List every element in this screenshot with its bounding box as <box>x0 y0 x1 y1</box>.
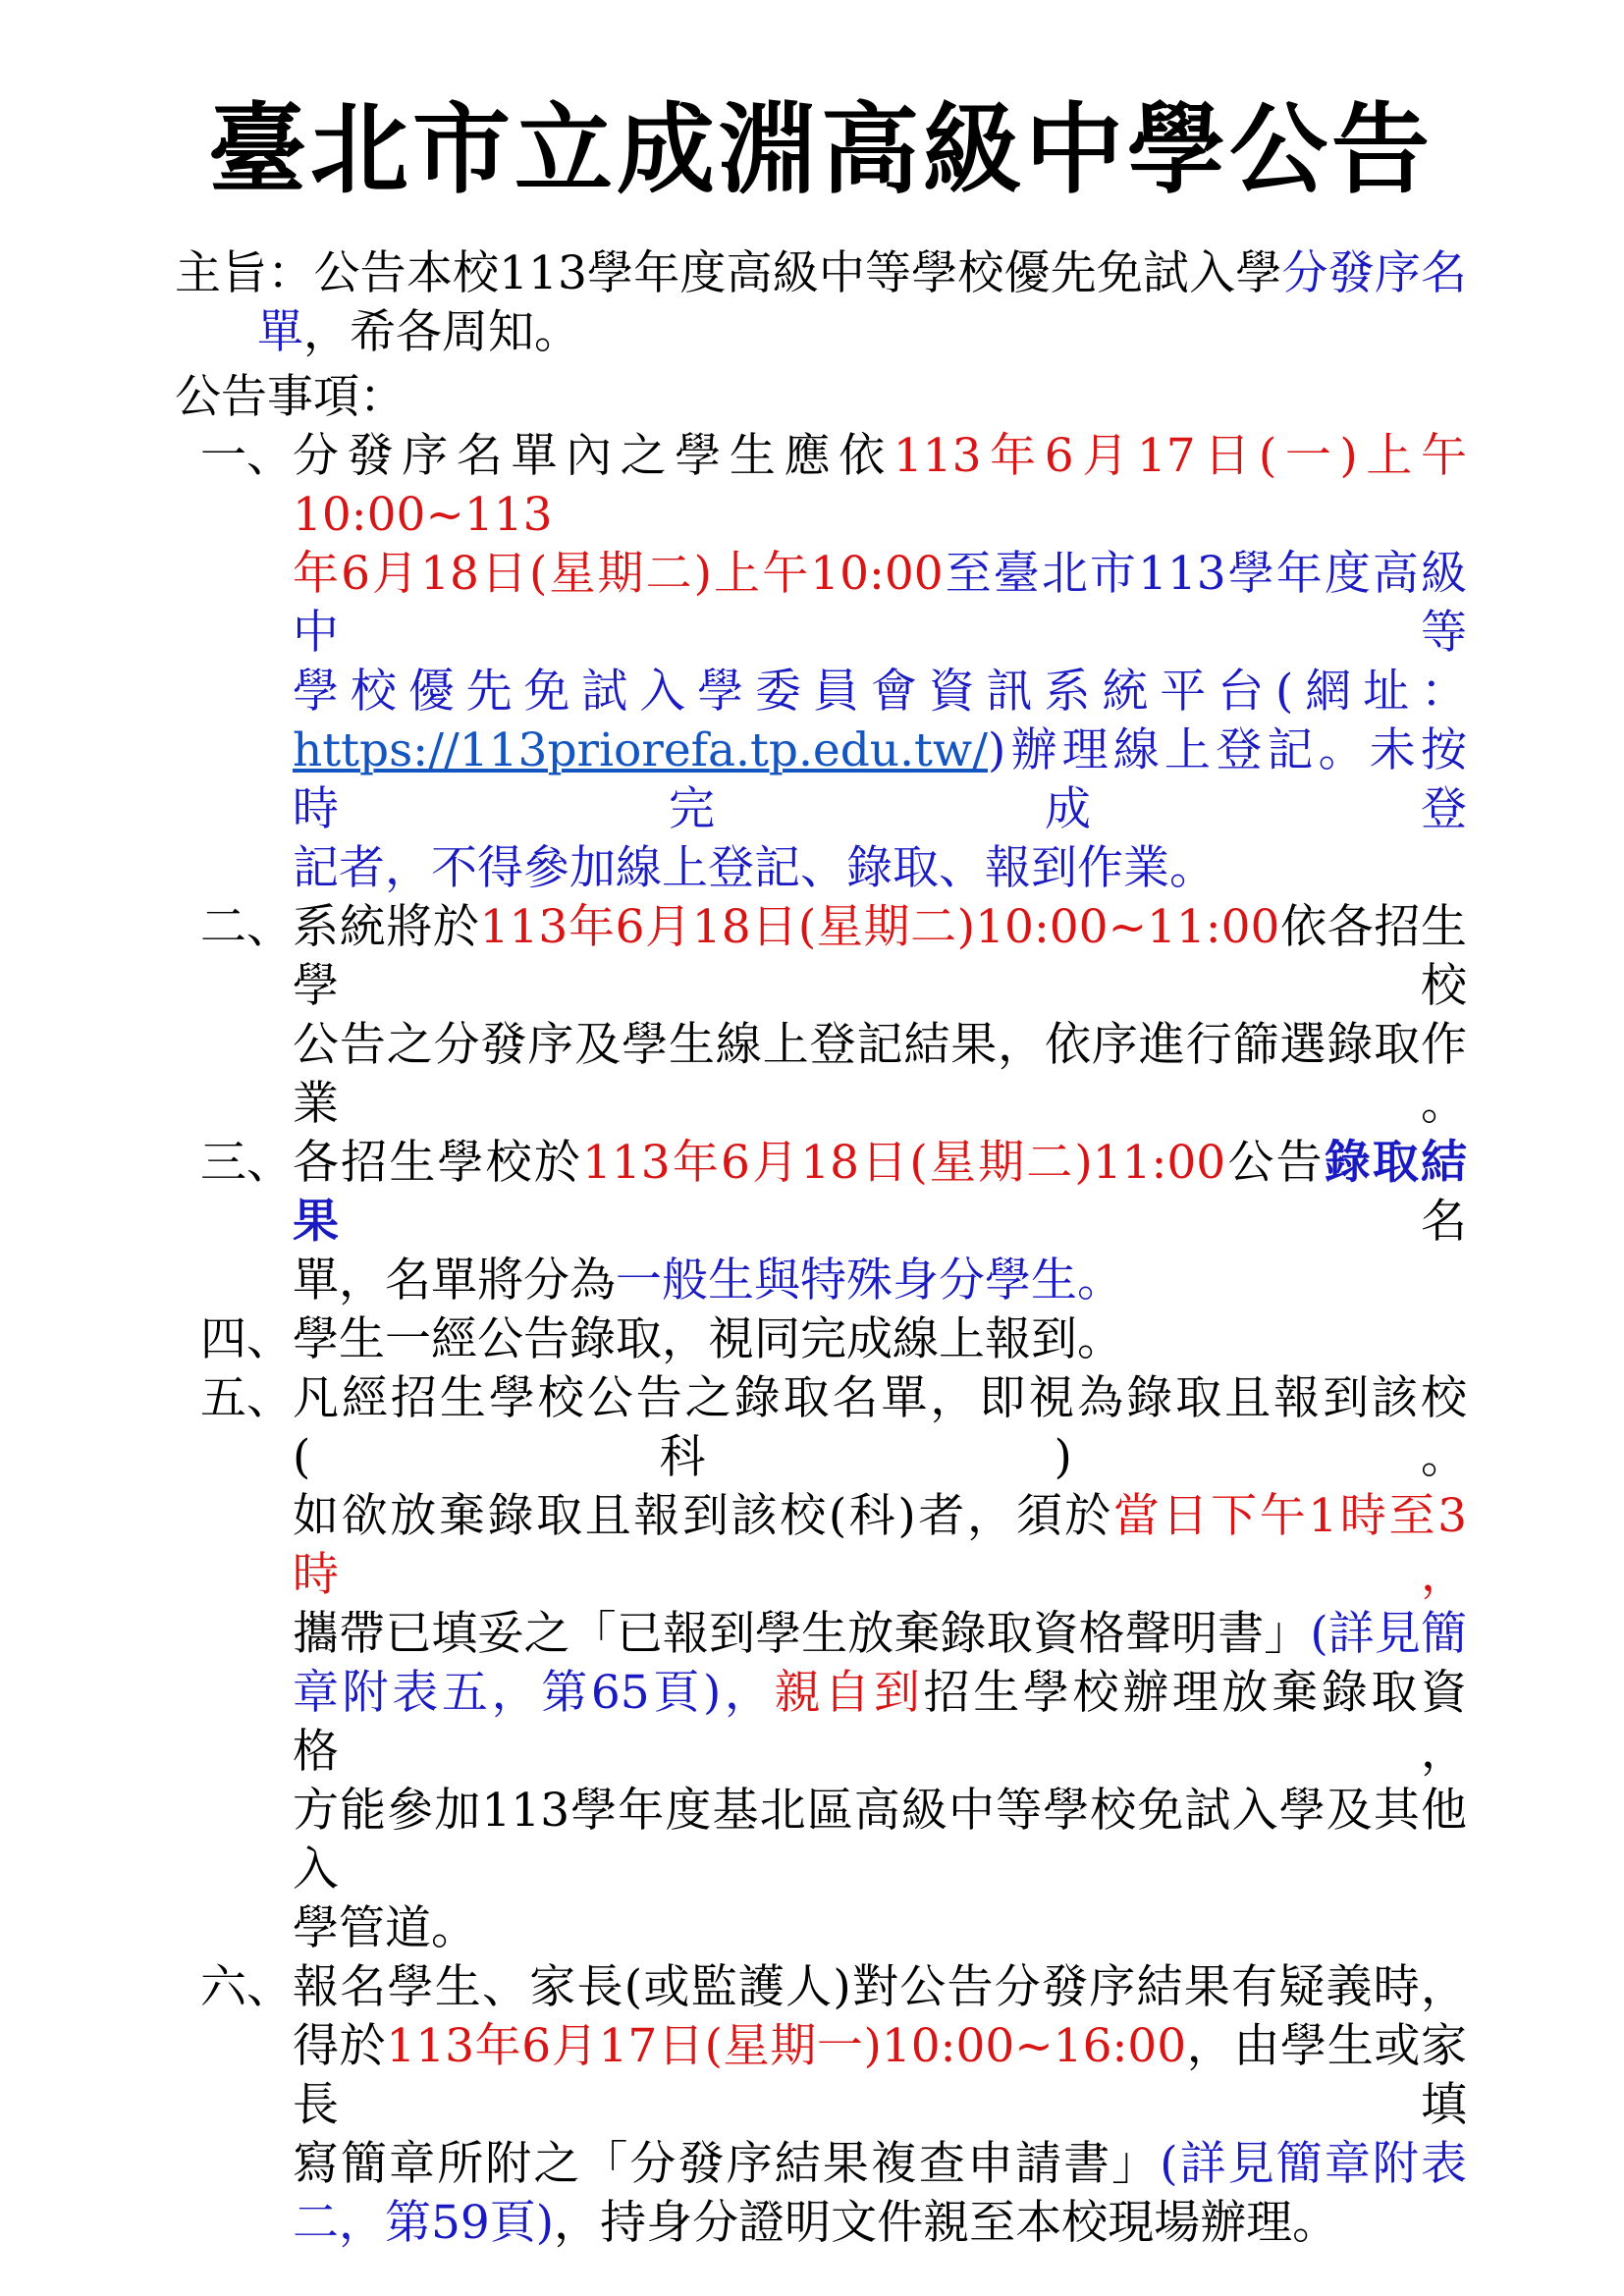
body-text: 凡經招生學校公告之錄取名單，即視為錄取且報到該校(科)。 <box>293 1371 1467 1484</box>
item-number: 一、 <box>175 427 293 486</box>
text-line: 各招生學校於113年6月18日(星期二)11:00公告錄取結果名 <box>293 1134 1467 1252</box>
item-number: 五、 <box>175 1369 293 1428</box>
text-line: 學生一經公告錄取，視同完成線上報到。 <box>293 1310 1467 1369</box>
item-body: 系統將於113年6月18日(星期二)10:00~11:00依各招生學校公告之分發… <box>293 898 1467 1134</box>
body-text: 分發序名單內之學生應依 <box>293 429 893 483</box>
item-number: 四、 <box>175 1310 293 1369</box>
body-text: 學生一經公告錄取，視同完成線上報到。 <box>293 1312 1123 1366</box>
highlight-blue-text: 分發序名 <box>1282 246 1468 300</box>
page-title: 臺北市立成淵高級中學公告 <box>135 69 1506 231</box>
subject-paragraph: 主旨：公告本校113學年度高級中等學校優先免試入學分發序名單，希各周知。 <box>175 244 1467 362</box>
body-text: 得於 <box>293 2019 386 2073</box>
highlight-blue-text: (詳見簡章附表 <box>1160 2137 1467 2191</box>
text-line: 學校優先免試入學委員會資訊系統平台(網址： <box>293 663 1467 721</box>
highlight-red-text: 113年6月18日(星期二)10:00~11:00 <box>480 900 1280 954</box>
body-text: 公告之分發序及學生線上登記結果，依序進行篩選錄取作業。 <box>293 1018 1467 1131</box>
text-line: 記者，不得參加線上登記、錄取、報到作業。 <box>293 839 1467 898</box>
item-body: 學生一經公告錄取，視同完成線上報到。 <box>293 1310 1467 1369</box>
body-text: 名 <box>1421 1195 1467 1249</box>
text-line: 方能參加113學年度基北區高級中等學校免試入學及其他入 <box>293 1782 1467 1899</box>
highlight-red-text: 親自到 <box>775 1666 924 1720</box>
list-item: 二、系統將於113年6月18日(星期二)10:00~11:00依各招生學校公告之… <box>175 898 1467 1134</box>
item-body: 各招生學校於113年6月18日(星期二)11:00公告錄取結果名單，名單將分為一… <box>293 1134 1467 1310</box>
text-line: 單，名單將分為一般生與特殊身分學生。 <box>293 1252 1467 1310</box>
body-text: 公告本校113學年度高級中等學校優先免試入學 <box>314 246 1282 300</box>
body-text: 方能參加113學年度基北區高級中等學校免試入學及其他入 <box>293 1784 1467 1896</box>
text-line: 寫簡章所附之「分發序結果複查申請書」(詳見簡章附表 <box>293 2135 1467 2194</box>
highlight-red-text: 113年6月18日(星期二)11:00 <box>582 1136 1225 1190</box>
announcement-page: 臺北市立成淵高級中學公告 主旨：公告本校113學年度高級中等學校優先免試入學分發… <box>0 0 1624 2296</box>
text-line: 報名學生、家長(或監護人)對公告分發序結果有疑義時， <box>293 1958 1467 2017</box>
item-body: 分發序名單內之學生應依113年6月17日(一)上午10:00~113年6月18日… <box>293 427 1467 898</box>
subject-label: 主旨： <box>175 246 314 300</box>
highlight-blue-text: 學校優先免試入學委員會資訊系統平台(網址： <box>293 665 1467 719</box>
body-text: 攜帶已填妥之「已報到學生放棄錄取資格聲明書」 <box>293 1607 1310 1661</box>
item-number: 二、 <box>175 898 293 957</box>
item-number: 六、 <box>175 1958 293 2017</box>
highlight-blue-text: (詳見簡 <box>1310 1607 1467 1661</box>
item-body: 凡經招生學校公告之錄取名單，即視為錄取且報到該校(科)。如欲放棄錄取且報到該校(… <box>293 1369 1467 1958</box>
announcement-url-link[interactable]: https://113priorefa.tp.edu.tw/ <box>293 723 988 777</box>
text-line: https://113priorefa.tp.edu.tw/)辦理線上登記。未按… <box>293 721 1467 839</box>
text-line: 單，希各周知。 <box>175 303 1467 362</box>
text-line: 如欲放棄錄取且報到該校(科)者，須於當日下午1時至3時， <box>293 1487 1467 1605</box>
text-line: 得於113年6月17日(星期一)10:00~16:00，由學生或家長填 <box>293 2017 1467 2135</box>
text-line: 分發序名單內之學生應依113年6月17日(一)上午10:00~113 <box>293 427 1467 545</box>
list-item: 六、報名學生、家長(或監護人)對公告分發序結果有疑義時，得於113年6月17日(… <box>175 1958 1467 2253</box>
item-number: 三、 <box>175 1134 293 1193</box>
announcement-items: 一、分發序名單內之學生應依113年6月17日(一)上午10:00~113年6月1… <box>175 427 1467 2253</box>
highlight-blue-text: 單 <box>257 305 303 359</box>
body-text: 公告 <box>1225 1136 1325 1190</box>
text-line: 章附表五，第65頁)，親自到招生學校辦理放棄錄取資格， <box>293 1664 1467 1782</box>
text-line: 凡經招生學校公告之錄取名單，即視為錄取且報到該校(科)。 <box>293 1369 1467 1487</box>
text-line: 主旨：公告本校113學年度高級中等學校優先免試入學分發序名 <box>175 244 1467 303</box>
text-line: 系統將於113年6月18日(星期二)10:00~11:00依各招生學校 <box>293 898 1467 1016</box>
highlight-blue-text: 二，第59頁) <box>293 2196 554 2250</box>
body-text: ，希各周知。 <box>303 305 580 359</box>
section-heading: 公告事項： <box>175 368 1467 427</box>
item-body: 報名學生、家長(或監護人)對公告分發序結果有疑義時，得於113年6月17日(星期… <box>293 1958 1467 2253</box>
body-text: 系統將於 <box>293 900 480 954</box>
text-line: 學管道。 <box>293 1899 1467 1958</box>
text-line: 二，第59頁)，持身分證明文件親至本校現場辦理。 <box>293 2194 1467 2253</box>
list-item: 五、凡經招生學校公告之錄取名單，即視為錄取且報到該校(科)。如欲放棄錄取且報到該… <box>175 1369 1467 1958</box>
body-text: 報名學生、家長(或監護人)對公告分發序結果有疑義時， <box>293 1960 1467 2014</box>
list-item: 三、各招生學校於113年6月18日(星期二)11:00公告錄取結果名單，名單將分… <box>175 1134 1467 1310</box>
list-item: 四、學生一經公告錄取，視同完成線上報到。 <box>175 1310 1467 1369</box>
body-text: ，持身分證明文件親至本校現場辦理。 <box>554 2196 1338 2250</box>
body-text: 如欲放棄錄取且報到該校(科)者，須於 <box>293 1489 1113 1543</box>
highlight-blue-text: 一般生與特殊身分學生。 <box>616 1254 1123 1308</box>
text-line: 攜帶已填妥之「已報到學生放棄錄取資格聲明書」(詳見簡 <box>293 1605 1467 1664</box>
body-text: 單，名單將分為 <box>293 1254 616 1308</box>
highlight-blue-text: 章附表五，第65頁)， <box>293 1666 775 1720</box>
highlight-red-text: 113年6月17日(星期一)10:00~16:00 <box>386 2019 1186 2073</box>
body-text: 寫簡章所附之「分發序結果複查申請書」 <box>293 2137 1160 2191</box>
body-text: 各招生學校於 <box>293 1136 582 1190</box>
text-line: 年6月18日(星期二)上午10:00至臺北市113學年度高級中等 <box>293 545 1467 663</box>
highlight-blue-text: 記者，不得參加線上登記、錄取、報到作業。 <box>293 841 1216 895</box>
list-item: 一、分發序名單內之學生應依113年6月17日(一)上午10:00~113年6月1… <box>175 427 1467 898</box>
text-line: 公告之分發序及學生線上登記結果，依序進行篩選錄取作業。 <box>293 1016 1467 1134</box>
body-text: 學管道。 <box>293 1901 477 1955</box>
highlight-red-text: 年6月18日(星期二)上午10:00 <box>293 547 944 601</box>
